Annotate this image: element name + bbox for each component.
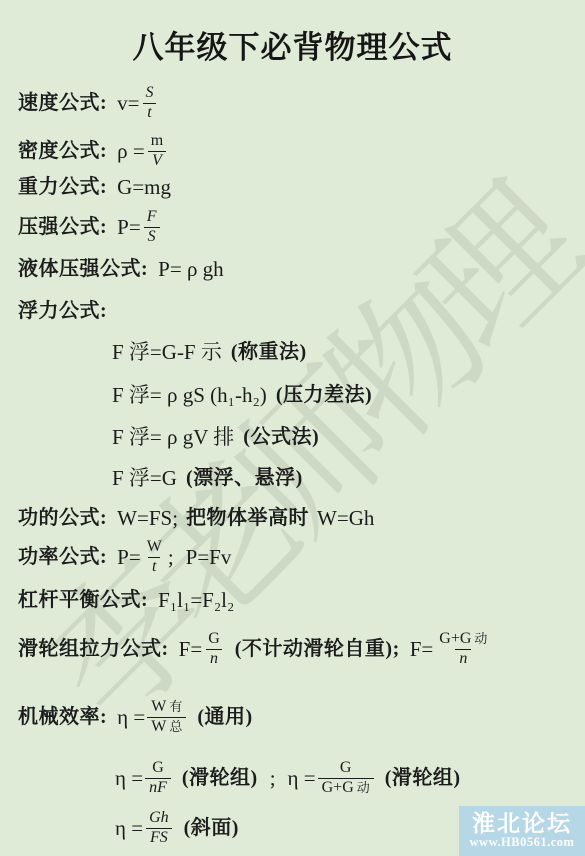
denominator: W 总 bbox=[147, 717, 186, 736]
forum-logo-url: www.HB0561.com bbox=[470, 835, 575, 850]
formula-sheet-page: 李老师物理 八年级下必背物理公式 速度公式: v= S t 密度公式: ρ = … bbox=[0, 0, 585, 856]
formula-expression: W=Gh bbox=[317, 508, 374, 529]
denominator: G+G 动 bbox=[318, 778, 374, 797]
formula-row-efficiency-incline: η = Gh FS (斜面) bbox=[115, 805, 239, 851]
numerator: m bbox=[147, 132, 167, 150]
formula-note: (滑轮组) bbox=[385, 768, 461, 788]
formula-row-pulley-force: 滑轮组拉力公式: F= G n (不计动滑轮自重); F= G+G 动 n bbox=[18, 624, 493, 674]
formula-lhs: F= bbox=[410, 639, 434, 660]
denominator-subscript: 总 bbox=[169, 720, 182, 735]
numerator: W 有 bbox=[147, 698, 186, 716]
denominator-subscript: 动 bbox=[357, 781, 370, 796]
numerator-main: G+G bbox=[439, 630, 471, 648]
formula-lhs: ρ = bbox=[117, 141, 145, 162]
formula-label: 滑轮组拉力公式: bbox=[18, 639, 169, 659]
formula-lhs: η = bbox=[115, 768, 143, 789]
forum-logo-text: 淮北论坛 bbox=[472, 812, 572, 835]
denominator: n bbox=[455, 649, 471, 668]
fraction: G+G 动 n bbox=[435, 630, 491, 668]
numerator: F bbox=[143, 208, 161, 226]
formula-note: (不计动滑轮自重); bbox=[235, 639, 400, 659]
formula-label: 杠杆平衡公式: bbox=[18, 590, 148, 610]
numerator: G bbox=[148, 759, 168, 777]
formula-row-buoyancy-floating: F 浮=G (漂浮、悬浮) bbox=[112, 465, 303, 491]
fraction: G nF bbox=[145, 759, 171, 797]
formula-note: (称重法) bbox=[231, 342, 307, 362]
formula-lhs: η = bbox=[115, 818, 143, 839]
denominator: nF bbox=[145, 778, 171, 797]
fraction: F S bbox=[143, 208, 161, 246]
numerator: S bbox=[142, 84, 158, 102]
fraction: W 有 W 总 bbox=[147, 698, 186, 736]
formula-label: 液体压强公式: bbox=[18, 259, 148, 279]
numerator: G+G 动 bbox=[435, 630, 491, 648]
formula-row-lever: 杠杆平衡公式: F₁l₁=F₂l₂ bbox=[18, 587, 234, 613]
formula-lhs: v= bbox=[117, 93, 139, 114]
denominator: t bbox=[143, 103, 155, 122]
formula-row-buoyancy-header: 浮力公式: bbox=[18, 298, 117, 324]
formula-row-gravity: 重力公式: G=mg bbox=[18, 174, 171, 200]
page-title: 八年级下必背物理公式 bbox=[0, 22, 585, 67]
numerator-subscript: 动 bbox=[474, 632, 487, 647]
formula-note: (漂浮、悬浮) bbox=[186, 468, 303, 488]
formula-row-speed: 速度公式: v= S t bbox=[18, 80, 160, 126]
formula-label: 速度公式: bbox=[18, 93, 107, 113]
fraction: W t bbox=[143, 538, 166, 576]
formula-label: 功的公式: bbox=[18, 508, 107, 528]
formula-note: (压力差法) bbox=[276, 385, 372, 405]
formula-row-buoyancy-pressure-difference: F 浮= ρ gS (h₁-h₂) (压力差法) bbox=[112, 382, 372, 408]
formula-lhs: P= bbox=[117, 547, 141, 568]
separator: ; bbox=[168, 547, 174, 568]
formula-row-density: 密度公式: ρ = m V bbox=[18, 127, 169, 175]
numerator: G bbox=[336, 759, 356, 777]
formula-note: (公式法) bbox=[243, 427, 319, 447]
formula-label: 浮力公式: bbox=[18, 301, 107, 321]
formula-expression: P= ρ gh bbox=[158, 259, 224, 280]
formula-label: 压强公式: bbox=[18, 217, 107, 237]
formula-row-pressure: 压强公式: P= F S bbox=[18, 203, 162, 251]
fraction: G n bbox=[204, 630, 224, 668]
fraction: Gh FS bbox=[145, 809, 173, 847]
fraction: S t bbox=[142, 84, 158, 122]
denominator: S bbox=[144, 227, 160, 246]
formula-label: 机械效率: bbox=[18, 707, 107, 727]
formula-note: (滑轮组) bbox=[182, 768, 258, 788]
formula-label: 重力公式: bbox=[18, 177, 107, 197]
numerator: Gh bbox=[145, 809, 173, 827]
formula-lhs: F= bbox=[179, 639, 203, 660]
formula-label: 功率公式: bbox=[18, 547, 107, 567]
formula-row-power: 功率公式: P= W t ; P=Fv bbox=[18, 534, 231, 580]
formula-condition-text: 把物体举高时 bbox=[186, 508, 309, 528]
formula-row-liquid-pressure: 液体压强公式: P= ρ gh bbox=[18, 256, 224, 282]
formula-expression: F 浮=G-F 示 bbox=[112, 342, 222, 363]
denominator: t bbox=[148, 557, 160, 576]
numerator-main: W bbox=[151, 698, 166, 716]
formula-expression: F 浮= ρ gS (h₁-h₂) bbox=[112, 385, 267, 406]
formula-row-buoyancy-weighing: F 浮=G-F 示 (称重法) bbox=[112, 339, 307, 365]
formula-expression: G=mg bbox=[117, 177, 171, 198]
denominator: n bbox=[206, 649, 222, 668]
formula-note: (斜面) bbox=[184, 818, 239, 838]
fraction: m V bbox=[147, 132, 167, 170]
formula-note: (通用) bbox=[197, 707, 252, 727]
formula-row-work: 功的公式: W=FS; 把物体举高时 W=Gh bbox=[18, 505, 374, 531]
formula-expression: F 浮=G bbox=[112, 468, 177, 489]
formula-expression: F 浮= ρ gV 排 bbox=[112, 427, 234, 448]
formula-expression: W=FS; bbox=[117, 508, 178, 529]
formula-label: 密度公式: bbox=[18, 141, 107, 161]
numerator-subscript: 有 bbox=[169, 700, 182, 715]
denominator-main: W bbox=[151, 718, 166, 736]
forum-logo-badge: 淮北论坛 www.HB0561.com bbox=[459, 806, 585, 856]
denominator-main: G+G bbox=[322, 779, 354, 797]
formula-row-efficiency-general: 机械效率: η = W 有 W 总 (通用) bbox=[18, 692, 253, 742]
formula-lhs: P= bbox=[117, 217, 141, 238]
numerator: W bbox=[143, 538, 166, 556]
denominator: FS bbox=[146, 828, 172, 847]
numerator: G bbox=[204, 630, 224, 648]
denominator: V bbox=[148, 151, 166, 170]
formula-expression: P=Fv bbox=[186, 547, 232, 568]
formula-lhs: η = bbox=[117, 707, 145, 728]
formula-row-buoyancy-formula-method: F 浮= ρ gV 排 (公式法) bbox=[112, 424, 319, 450]
fraction: G G+G 动 bbox=[318, 759, 374, 797]
formula-lhs: η = bbox=[288, 768, 316, 789]
formula-expression: F₁l₁=F₂l₂ bbox=[158, 590, 234, 611]
separator: ; bbox=[270, 768, 276, 789]
formula-row-efficiency-pulley: η = G nF (滑轮组) ; η = G G+G 动 (滑轮组) bbox=[115, 753, 461, 803]
